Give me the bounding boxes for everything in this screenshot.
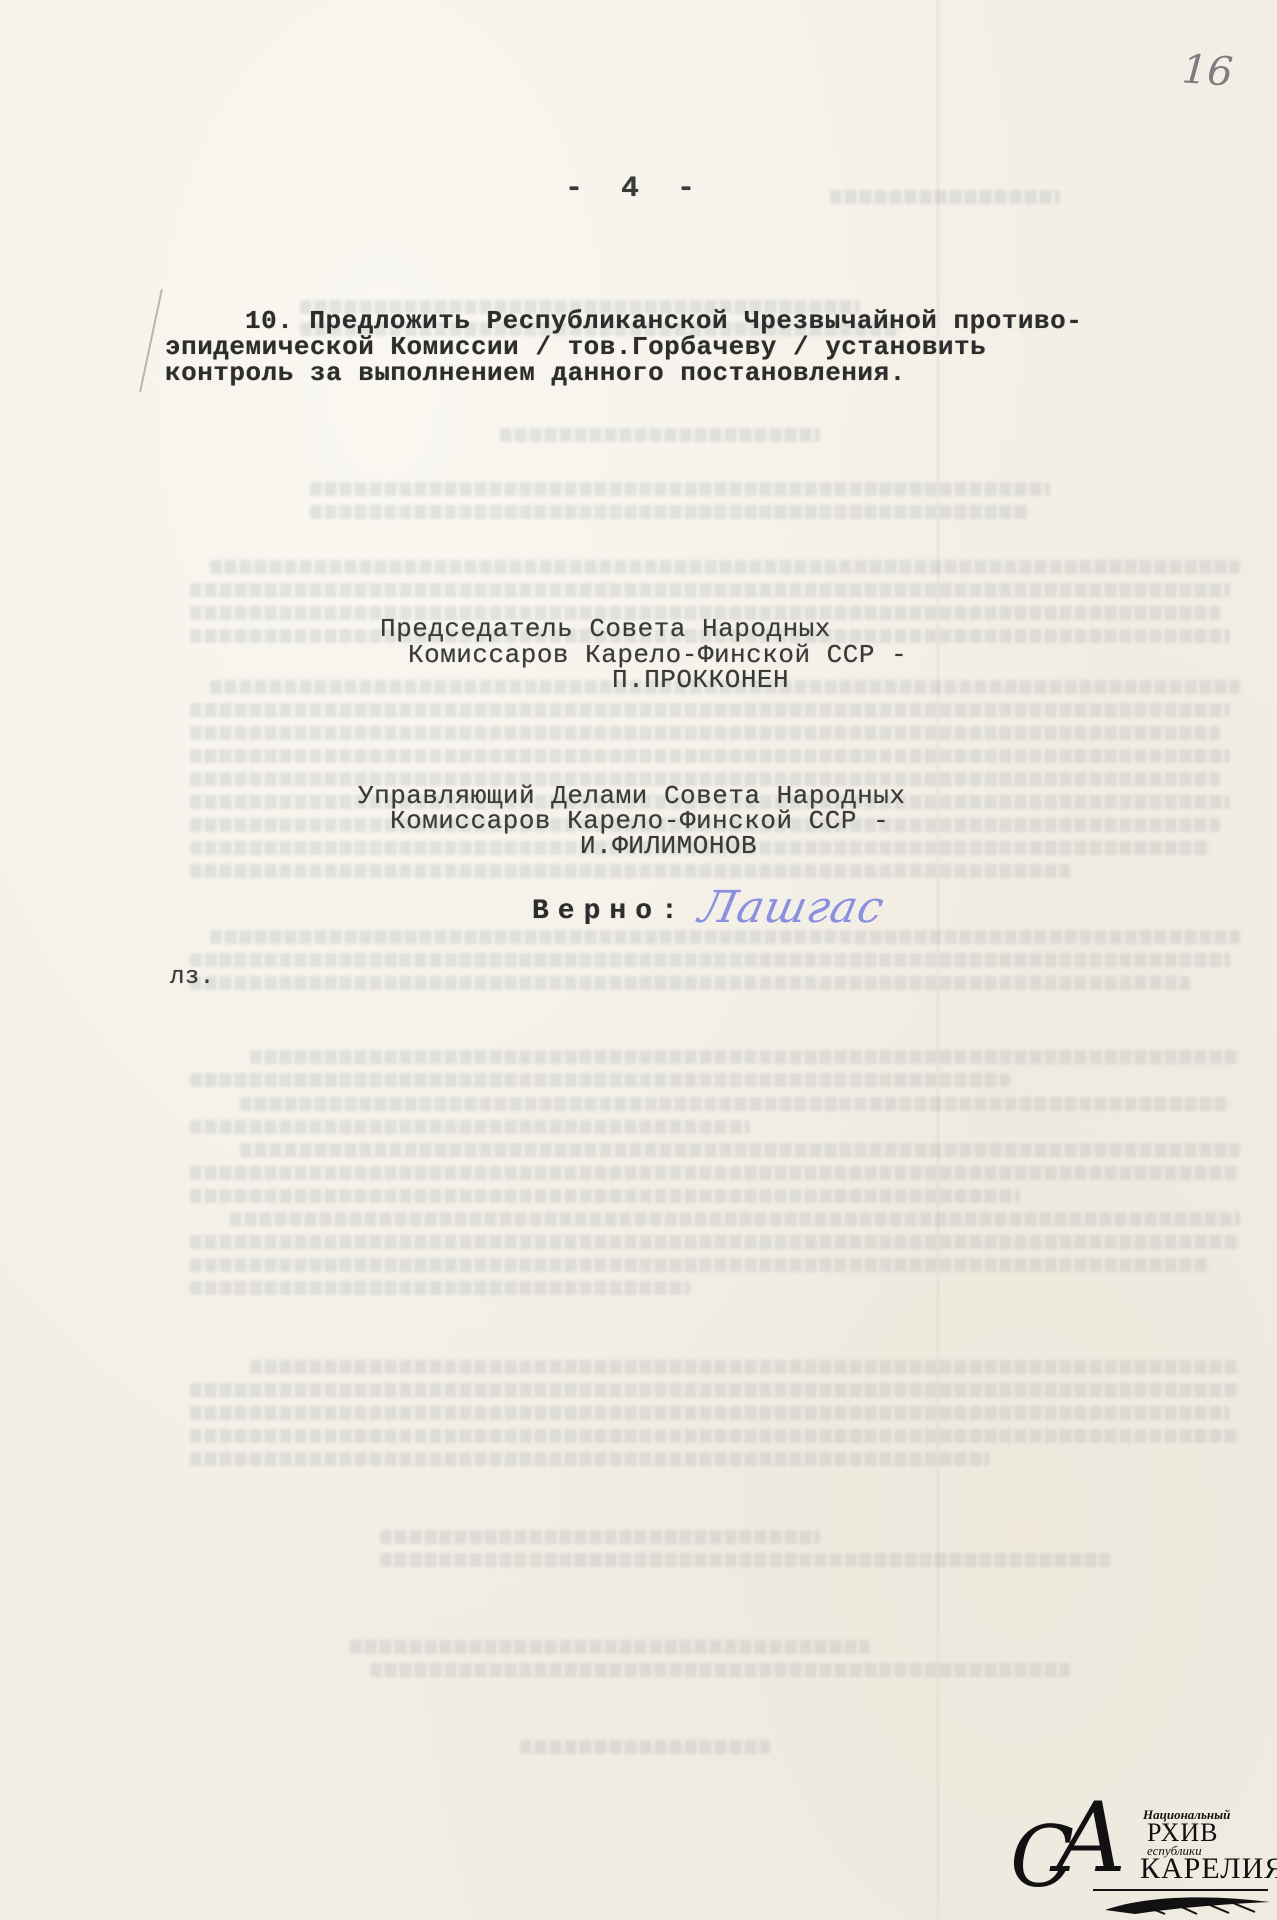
archive-sheet-number: 16 (1180, 46, 1234, 95)
signatory-name: И.ФИЛИМОНОВ (580, 831, 757, 861)
typist-initials: лз. (170, 964, 215, 991)
logo-initial-a: А (1055, 1782, 1128, 1894)
logo-text-karelia: КАРЕЛИЯ (1140, 1852, 1277, 1886)
page-marker: - 4 - (565, 172, 705, 206)
signatory-name: П.ПРОККОНЕН (612, 665, 789, 695)
paragraph-line: контроль за выполнением данного постанов… (165, 358, 906, 388)
archive-logo: С А Национальный РХИВ еспублики КАРЕЛИЯ (1005, 1790, 1270, 1915)
certification-label: Верно: (532, 896, 687, 927)
reverse-side-show-through (0, 0, 1277, 1920)
logo-underline (1093, 1889, 1268, 1891)
handwritten-signature: Лашгас (695, 882, 890, 933)
quill-icon (1105, 1894, 1270, 1916)
paper-fold-line (935, 0, 941, 1920)
